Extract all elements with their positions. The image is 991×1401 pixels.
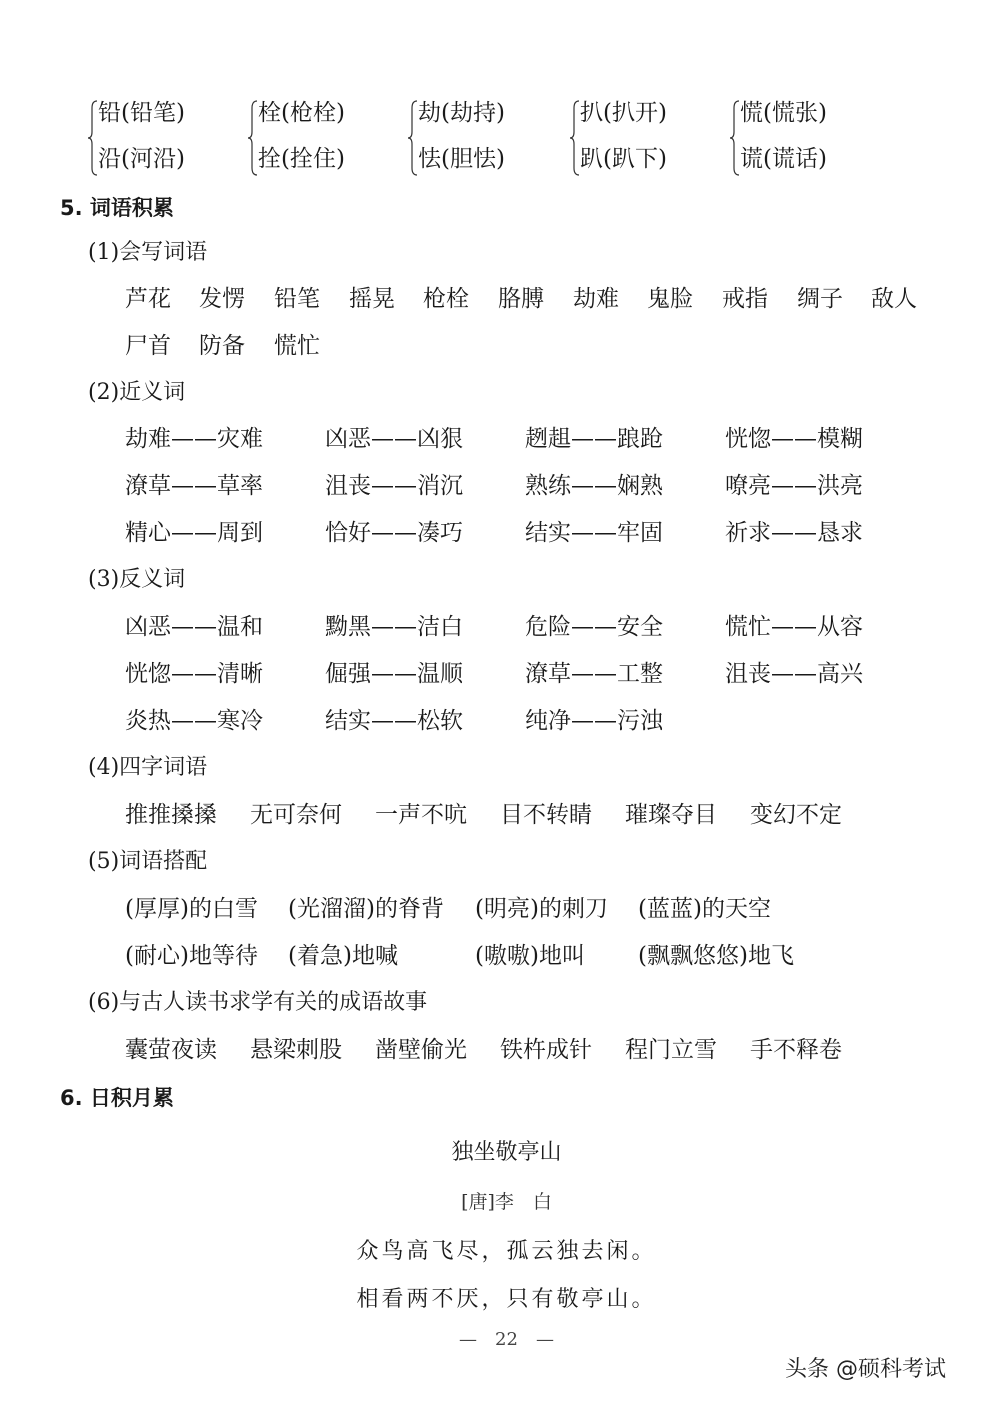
- word: 敌人: [871, 284, 917, 314]
- char-pair-bottom: 趴(趴下): [580, 144, 667, 174]
- sub2-label: (2)近义词: [88, 378, 185, 408]
- sub1-label: (1)会写词语: [88, 238, 207, 268]
- poem-line-2: 相看两不厌，只有敬亭山。: [0, 1282, 991, 1313]
- char-pair-top: 扒(扒开): [580, 98, 667, 128]
- watermark: 头条 @硕科考试: [785, 1352, 946, 1383]
- synonym-pair: 趔趄——踉跄: [525, 424, 663, 454]
- idiom: 推推搡搡: [125, 800, 217, 830]
- sub4-label: (4)四字词语: [88, 753, 207, 783]
- antonym-pair: 炎热——寒冷: [125, 706, 263, 736]
- idiom: 变幻不定: [750, 800, 842, 830]
- synonym-pair: 恰好——凑巧: [325, 518, 463, 548]
- synonym-pair: 恍惚——模糊: [725, 424, 863, 454]
- collocation: (飘飘悠悠)地飞: [638, 941, 794, 971]
- idiom: 璀璨夺目: [625, 800, 717, 830]
- collocation: (光溜溜)的脊背: [288, 894, 444, 924]
- section-6-heading: 6. 日积月累: [60, 1083, 174, 1113]
- word: 铅笔: [274, 284, 320, 314]
- collocation: (嗷嗷)地叫: [475, 941, 585, 971]
- antonym-pair: 凶恶——温和: [125, 612, 263, 642]
- antonym-pair: 慌忙——从容: [725, 612, 863, 642]
- synonym-pair: 熟练——娴熟: [525, 471, 663, 501]
- char-pair-top: 慌(慌张): [740, 98, 827, 128]
- antonym-pair: 结实——松软: [325, 706, 463, 736]
- antonym-pair: 纯净——污浊: [525, 706, 663, 736]
- word: 枪栓: [423, 284, 469, 314]
- word: 芦花: [125, 284, 171, 314]
- collocation: (厚厚)的白雪: [125, 894, 258, 924]
- synonym-pair: 结实——牢固: [525, 518, 663, 548]
- poem-line-1: 众鸟高飞尽，孤云独去闲。: [0, 1234, 991, 1265]
- left-brace-icon: [88, 100, 98, 176]
- synonym-pair: 沮丧——消沉: [325, 471, 463, 501]
- collocation: (蓝蓝)的天空: [638, 894, 771, 924]
- word: 戒指: [722, 284, 768, 314]
- poem-title: 独坐敬亭山: [0, 1135, 991, 1166]
- char-pair-bottom: 拴(拴住): [258, 144, 345, 174]
- char-pair-bottom: 沿(河沿): [98, 144, 185, 174]
- antonym-pair: 沮丧——高兴: [725, 659, 863, 689]
- idiom-story: 铁杵成针: [500, 1035, 592, 1065]
- collocation: (明亮)的刺刀: [475, 894, 608, 924]
- left-brace-icon: [570, 100, 580, 176]
- word: 慌忙: [274, 331, 320, 361]
- idiom-story: 凿壁偷光: [375, 1035, 467, 1065]
- synonym-pair: 祈求——恳求: [725, 518, 863, 548]
- synonym-pair: 凶恶——凶狠: [325, 424, 463, 454]
- antonym-pair: 恍惚——清晰: [125, 659, 263, 689]
- synonym-pair: 潦草——草率: [125, 471, 263, 501]
- word: 胳膊: [498, 284, 544, 314]
- word: 鬼脸: [647, 284, 693, 314]
- idiom: 目不转睛: [500, 800, 592, 830]
- antonym-pair: 危险——安全: [525, 612, 663, 642]
- antonym-pair: 倔强——温顺: [325, 659, 463, 689]
- char-pair-top: 栓(枪栓): [258, 98, 345, 128]
- idiom: 无可奈何: [250, 800, 342, 830]
- antonym-pair: 黝黑——洁白: [325, 612, 463, 642]
- idiom-story: 程门立雪: [625, 1035, 717, 1065]
- idiom-story: 悬梁刺股: [250, 1035, 342, 1065]
- page-number: — 22 —: [0, 1325, 991, 1351]
- word: 发愣: [199, 284, 245, 314]
- synonym-pair: 精心——周到: [125, 518, 263, 548]
- char-pair-bottom: 谎(谎话): [740, 144, 827, 174]
- char-pair-bottom: 怯(胆怯): [418, 144, 505, 174]
- word: 防备: [199, 331, 245, 361]
- sub3-label: (3)反义词: [88, 565, 185, 595]
- word: 绸子: [797, 284, 843, 314]
- synonym-pair: 嘹亮——洪亮: [725, 471, 863, 501]
- word: 摇晃: [349, 284, 395, 314]
- sub5-label: (5)词语搭配: [88, 847, 207, 877]
- left-brace-icon: [730, 100, 740, 176]
- left-brace-icon: [248, 100, 258, 176]
- collocation: (着急)地喊: [288, 941, 398, 971]
- sub6-label: (6)与古人读书求学有关的成语故事: [88, 988, 427, 1018]
- synonym-pair: 劫难——灾难: [125, 424, 263, 454]
- char-pair-top: 铅(铅笔): [98, 98, 185, 128]
- char-pair-top: 劫(劫持): [418, 98, 505, 128]
- section-5-heading: 5. 词语积累: [60, 193, 174, 223]
- idiom-story: 手不释卷: [750, 1035, 842, 1065]
- poem-author: [唐]李 白: [0, 1187, 991, 1214]
- word: 尸首: [125, 331, 171, 361]
- idiom-story: 囊萤夜读: [125, 1035, 217, 1065]
- word: 劫难: [573, 284, 619, 314]
- collocation: (耐心)地等待: [125, 941, 258, 971]
- idiom: 一声不吭: [375, 800, 467, 830]
- left-brace-icon: [408, 100, 418, 176]
- antonym-pair: 潦草——工整: [525, 659, 663, 689]
